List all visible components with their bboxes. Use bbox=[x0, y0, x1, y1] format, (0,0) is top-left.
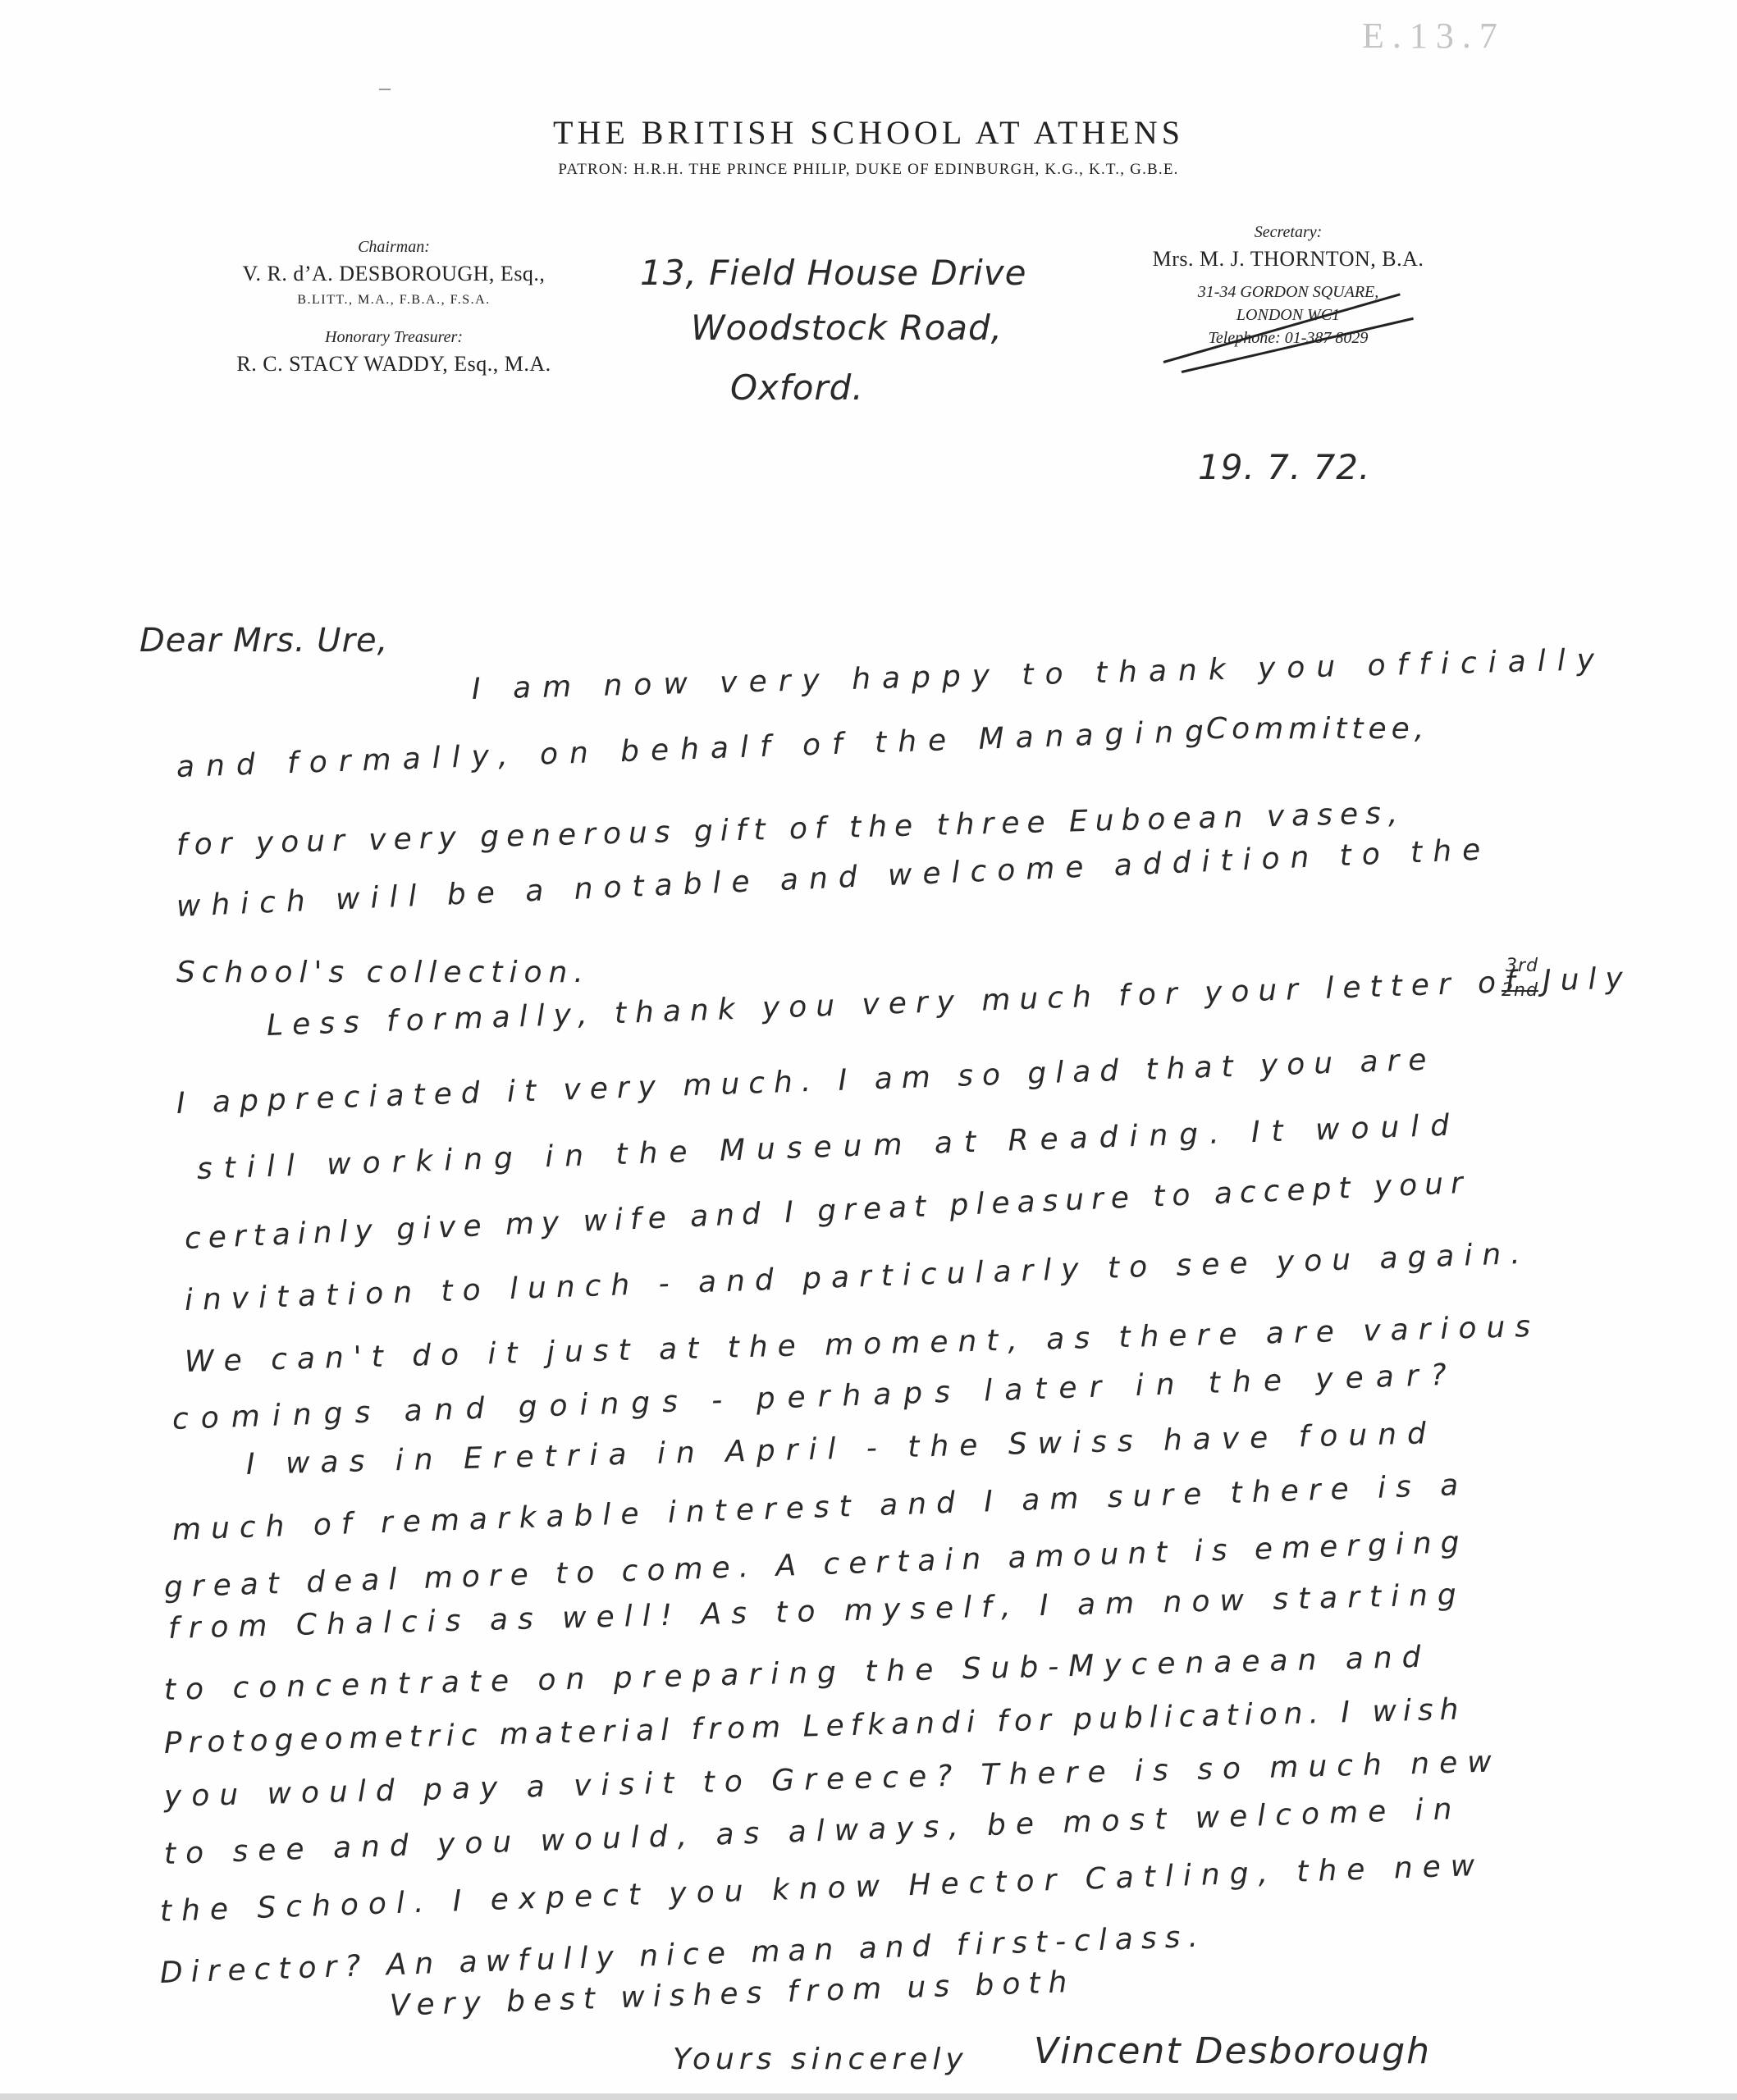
archive-reference: E.13.7 bbox=[1362, 15, 1506, 57]
treasurer-name: R. C. STACY WADDY, Esq., M.A. bbox=[181, 349, 607, 379]
letterhead-title: THE BRITISH SCHOOL AT ATHENS bbox=[0, 113, 1737, 152]
secretary-role: Secretary: bbox=[1091, 220, 1485, 244]
body-line: invitation to lunch - and particularly t… bbox=[184, 1237, 1530, 1317]
letterhead-patron: PATRON: H.R.H. THE PRINCE PHILIP, DUKE O… bbox=[0, 161, 1737, 179]
salutation: Dear Mrs. Ure, bbox=[139, 622, 388, 660]
body-line: Protogeometric material from Lefkandi fo… bbox=[163, 1692, 1465, 1760]
signature: Vincent Desborough bbox=[1034, 2030, 1431, 2072]
sender-address-line1: 13, Field House Drive bbox=[640, 253, 1026, 293]
letter-page: E.13.7 THE BRITISH SCHOOL AT ATHENS PATR… bbox=[0, 0, 1737, 2100]
date-struck: 2nd bbox=[1502, 980, 1538, 1001]
sender-address-line3: Oxford. bbox=[730, 367, 864, 408]
page-edge bbox=[0, 2093, 1737, 2100]
body-line: to concentrate on preparing the Sub-Myce… bbox=[163, 1641, 1431, 1707]
closing: Yours sincerely bbox=[673, 2043, 968, 2076]
secretary-name: Mrs. M. J. THORNTON, B.A. bbox=[1091, 244, 1485, 274]
body-line: School's collection. bbox=[176, 956, 590, 989]
chairman-qualifications: B.LITT., M.A., F.B.A., F.S.A. bbox=[181, 289, 607, 312]
chairman-role: Chairman: bbox=[181, 235, 607, 259]
body-line: Committee, bbox=[1206, 712, 1428, 746]
secretary-address-line2: LONDON WC1 bbox=[1091, 304, 1485, 326]
sender-address-line2: Woodstock Road, bbox=[691, 308, 1003, 348]
secretary-address-line1: 31-34 GORDON SQUARE, bbox=[1091, 281, 1485, 304]
letterhead-officers-left: Chairman: V. R. d’A. DESBOROUGH, Esq., B… bbox=[181, 235, 607, 379]
chairman-name: V. R. d’A. DESBOROUGH, Esq., bbox=[181, 259, 607, 289]
margin-mark bbox=[379, 89, 391, 90]
letter-date: 19. 7. 72. bbox=[1198, 447, 1370, 487]
body-line: I appreciated it very much. I am so glad… bbox=[176, 1043, 1436, 1121]
treasurer-role: Honorary Treasurer: bbox=[181, 325, 607, 349]
date-insert: 3rd bbox=[1506, 956, 1538, 976]
body-line: I am now very happy to thank you officia… bbox=[471, 643, 1606, 706]
letterhead-secretary: Secretary: Mrs. M. J. THORNTON, B.A. 31-… bbox=[1091, 220, 1485, 349]
body-line: and formally, on behalf of the Managing bbox=[176, 714, 1215, 784]
